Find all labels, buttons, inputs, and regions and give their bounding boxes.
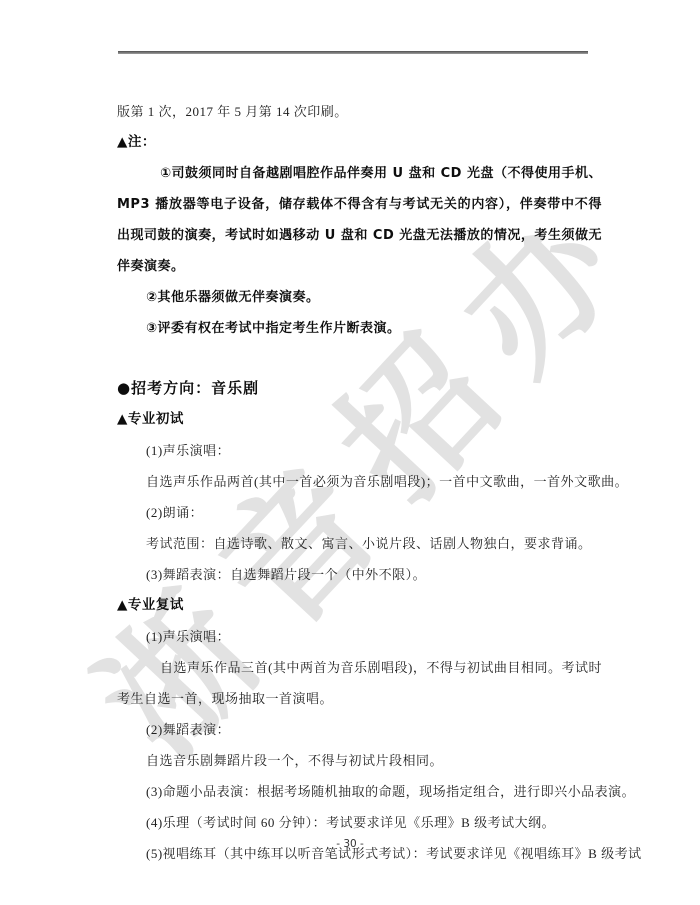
round-preliminary-exam: ▲专业初试 (1)声乐演唱： 自选声乐作品两首(其中一首必须为音乐剧唱段)；一首… bbox=[117, 404, 588, 590]
note-item-jury-rights: ③评委有权在考试中指定考生作片断表演。 bbox=[117, 313, 588, 344]
header-rule bbox=[118, 51, 588, 54]
exam-item-vocal-detail: 自选声乐作品两首(其中一首必须为音乐剧唱段)；一首中文歌曲，一首外文歌曲。 bbox=[117, 466, 588, 497]
exam-item-dance: (3)舞蹈表演：自选舞蹈片段一个（中外不限）。 bbox=[117, 559, 588, 590]
exam-item-improv-sketch: (3)命题小品表演：根据考场随机抽取的命题，现场指定组合，进行即兴小品表演。 bbox=[117, 776, 588, 807]
note-item-drummer: ①司鼓须同时自备越剧唱腔作品伴奏用 U 盘和 CD 光盘（不得使用手机、MP3 … bbox=[117, 158, 602, 282]
exam-item-music-theory: (4)乐理（考试时间 60 分钟）：考试要求详见《乐理》B 级考试大纲。 bbox=[117, 807, 588, 838]
round-heading-preliminary: ▲专业初试 bbox=[117, 404, 588, 435]
exam-item-dance-detail-final: 自选音乐剧舞蹈片段一个，不得与初试片段相同。 bbox=[117, 745, 588, 776]
page-body: 版第 1 次，2017 年 5 月第 14 次印刷。 ▲注： ①司鼓须同时自备越… bbox=[117, 96, 588, 869]
section-heading-musical-theatre: ●招考方向：音乐剧 bbox=[117, 372, 588, 404]
page-number: - 30 - bbox=[0, 838, 700, 850]
exam-item-dance-label-final: (2)舞蹈表演： bbox=[117, 714, 588, 745]
exam-item-vocal-detail-final: 自选声乐作品三首(其中两首为音乐剧唱段)，不得与初试曲目相同。考试时考生自选一首… bbox=[117, 652, 602, 714]
print-run-line: 版第 1 次，2017 年 5 月第 14 次印刷。 bbox=[117, 96, 588, 127]
note-heading: ▲注： bbox=[117, 127, 588, 158]
exam-item-recitation-label: (2)朗诵： bbox=[117, 497, 588, 528]
exam-item-recitation-scope: 考试范围：自选诗歌、散文、寓言、小说片段、话剧人物独白，要求背诵。 bbox=[117, 528, 588, 559]
note-item-other-instruments: ②其他乐器须做无伴奏演奏。 bbox=[117, 282, 588, 313]
exam-item-vocal-label: (1)声乐演唱： bbox=[117, 435, 588, 466]
round-final-exam: ▲专业复试 (1)声乐演唱： 自选声乐作品三首(其中两首为音乐剧唱段)，不得与初… bbox=[117, 590, 588, 869]
exam-item-vocal-label-final: (1)声乐演唱： bbox=[117, 621, 588, 652]
round-heading-final: ▲专业复试 bbox=[117, 590, 588, 621]
